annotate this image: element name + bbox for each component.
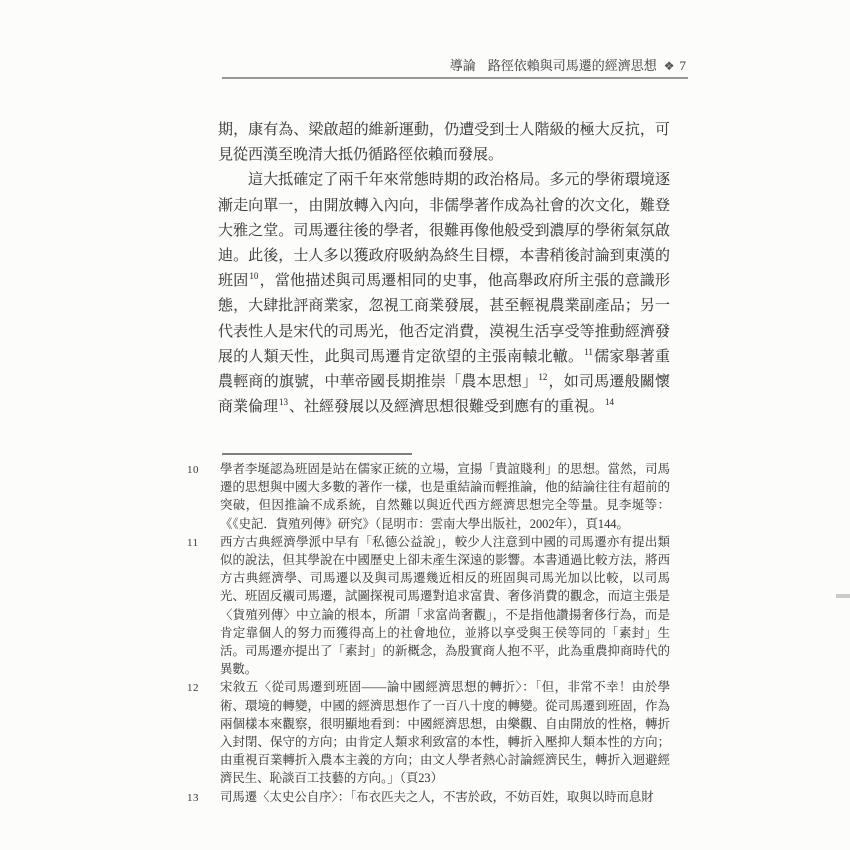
paragraph-text: 、社經發展以及經濟思想很難受到應有的重視。 xyxy=(289,399,604,415)
body-paragraph-1: 期，康有為、梁啟超的維新運動，仍遭受到士人階級的極大反抗，可見從西漢至晚清大抵仍… xyxy=(218,118,670,168)
footnote-text: 西方古典經濟學派中早有「私德公益說」，較少人注意到中國的司馬遷亦有提出類似的說法… xyxy=(220,533,670,679)
running-header: 導論路徑依賴與司馬遷的經濟思想❖7 xyxy=(450,57,686,75)
footnote-item: 10 學者李埏認為班固是站在儒家正統的立場，宣揚「貴誼賤利」的思想。當然，司馬遷… xyxy=(187,460,670,533)
footnote-item: 13 司馬遷〈太史公自序〉：「布衣匹夫之人，不害於政，不妨百姓，取與以時而息財 xyxy=(187,788,670,807)
footnote-item: 11 西方古典經濟學派中早有「私德公益說」，較少人注意到中國的司馬遷亦有提出類似… xyxy=(187,533,670,679)
footnote-ref-14: 14 xyxy=(604,397,615,407)
footnote-ref-10: 10 xyxy=(248,271,259,281)
header-page-number: 7 xyxy=(680,58,687,73)
diamond-ornament-icon: ❖ xyxy=(664,59,675,73)
footnote-text: 司馬遷〈太史公自序〉：「布衣匹夫之人，不害於政，不妨百姓，取與以時而息財 xyxy=(220,788,670,806)
footnotes-section: 10 學者李埏認為班固是站在儒家正統的立場，宣揚「貴誼賤利」的思想。當然，司馬遷… xyxy=(187,460,670,807)
paragraph-text: 這大抵確定了兩千年來常態時期的政治格局。多元的學術環境逐漸走向單一，由開放轉入內… xyxy=(218,172,670,289)
footnote-text: 學者李埏認為班固是站在儒家正統的立場，宣揚「貴誼賤利」的思想。當然，司馬遷的思想… xyxy=(220,460,670,533)
header-rule xyxy=(222,77,688,79)
header-title: 路徑依賴與司馬遷的經濟思想 xyxy=(488,58,657,73)
footnote-number: 13 xyxy=(187,788,220,807)
body-text: 期，康有為、梁啟超的維新運動，仍遭受到士人階級的極大反抗，可見從西漢至晚清大抵仍… xyxy=(218,118,670,420)
scan-artifact xyxy=(836,594,850,598)
book-page: 導論路徑依賴與司馬遷的經濟思想❖7 期，康有為、梁啟超的維新運動，仍遭受到士人階… xyxy=(0,0,850,850)
footnote-item: 12 宋敘五〈從司馬遷到班固——論中國經濟思想的轉折〉：「但，非常不幸！由於學術… xyxy=(187,678,670,787)
footnote-separator xyxy=(222,453,412,455)
footnote-ref-13: 13 xyxy=(278,397,289,407)
body-paragraph-2: 這大抵確定了兩千年來常態時期的政治格局。多元的學術環境逐漸走向單一，由開放轉入內… xyxy=(218,168,670,420)
footnote-number: 10 xyxy=(187,460,220,479)
header-section: 導論 xyxy=(450,58,476,73)
footnote-text: 宋敘五〈從司馬遷到班固——論中國經濟思想的轉折〉：「但，非常不幸！由於學術、環境… xyxy=(220,678,670,787)
footnote-number: 12 xyxy=(187,678,220,697)
footnote-ref-12: 12 xyxy=(537,372,548,382)
footnote-number: 11 xyxy=(187,533,220,552)
footnote-ref-11: 11 xyxy=(583,347,594,357)
